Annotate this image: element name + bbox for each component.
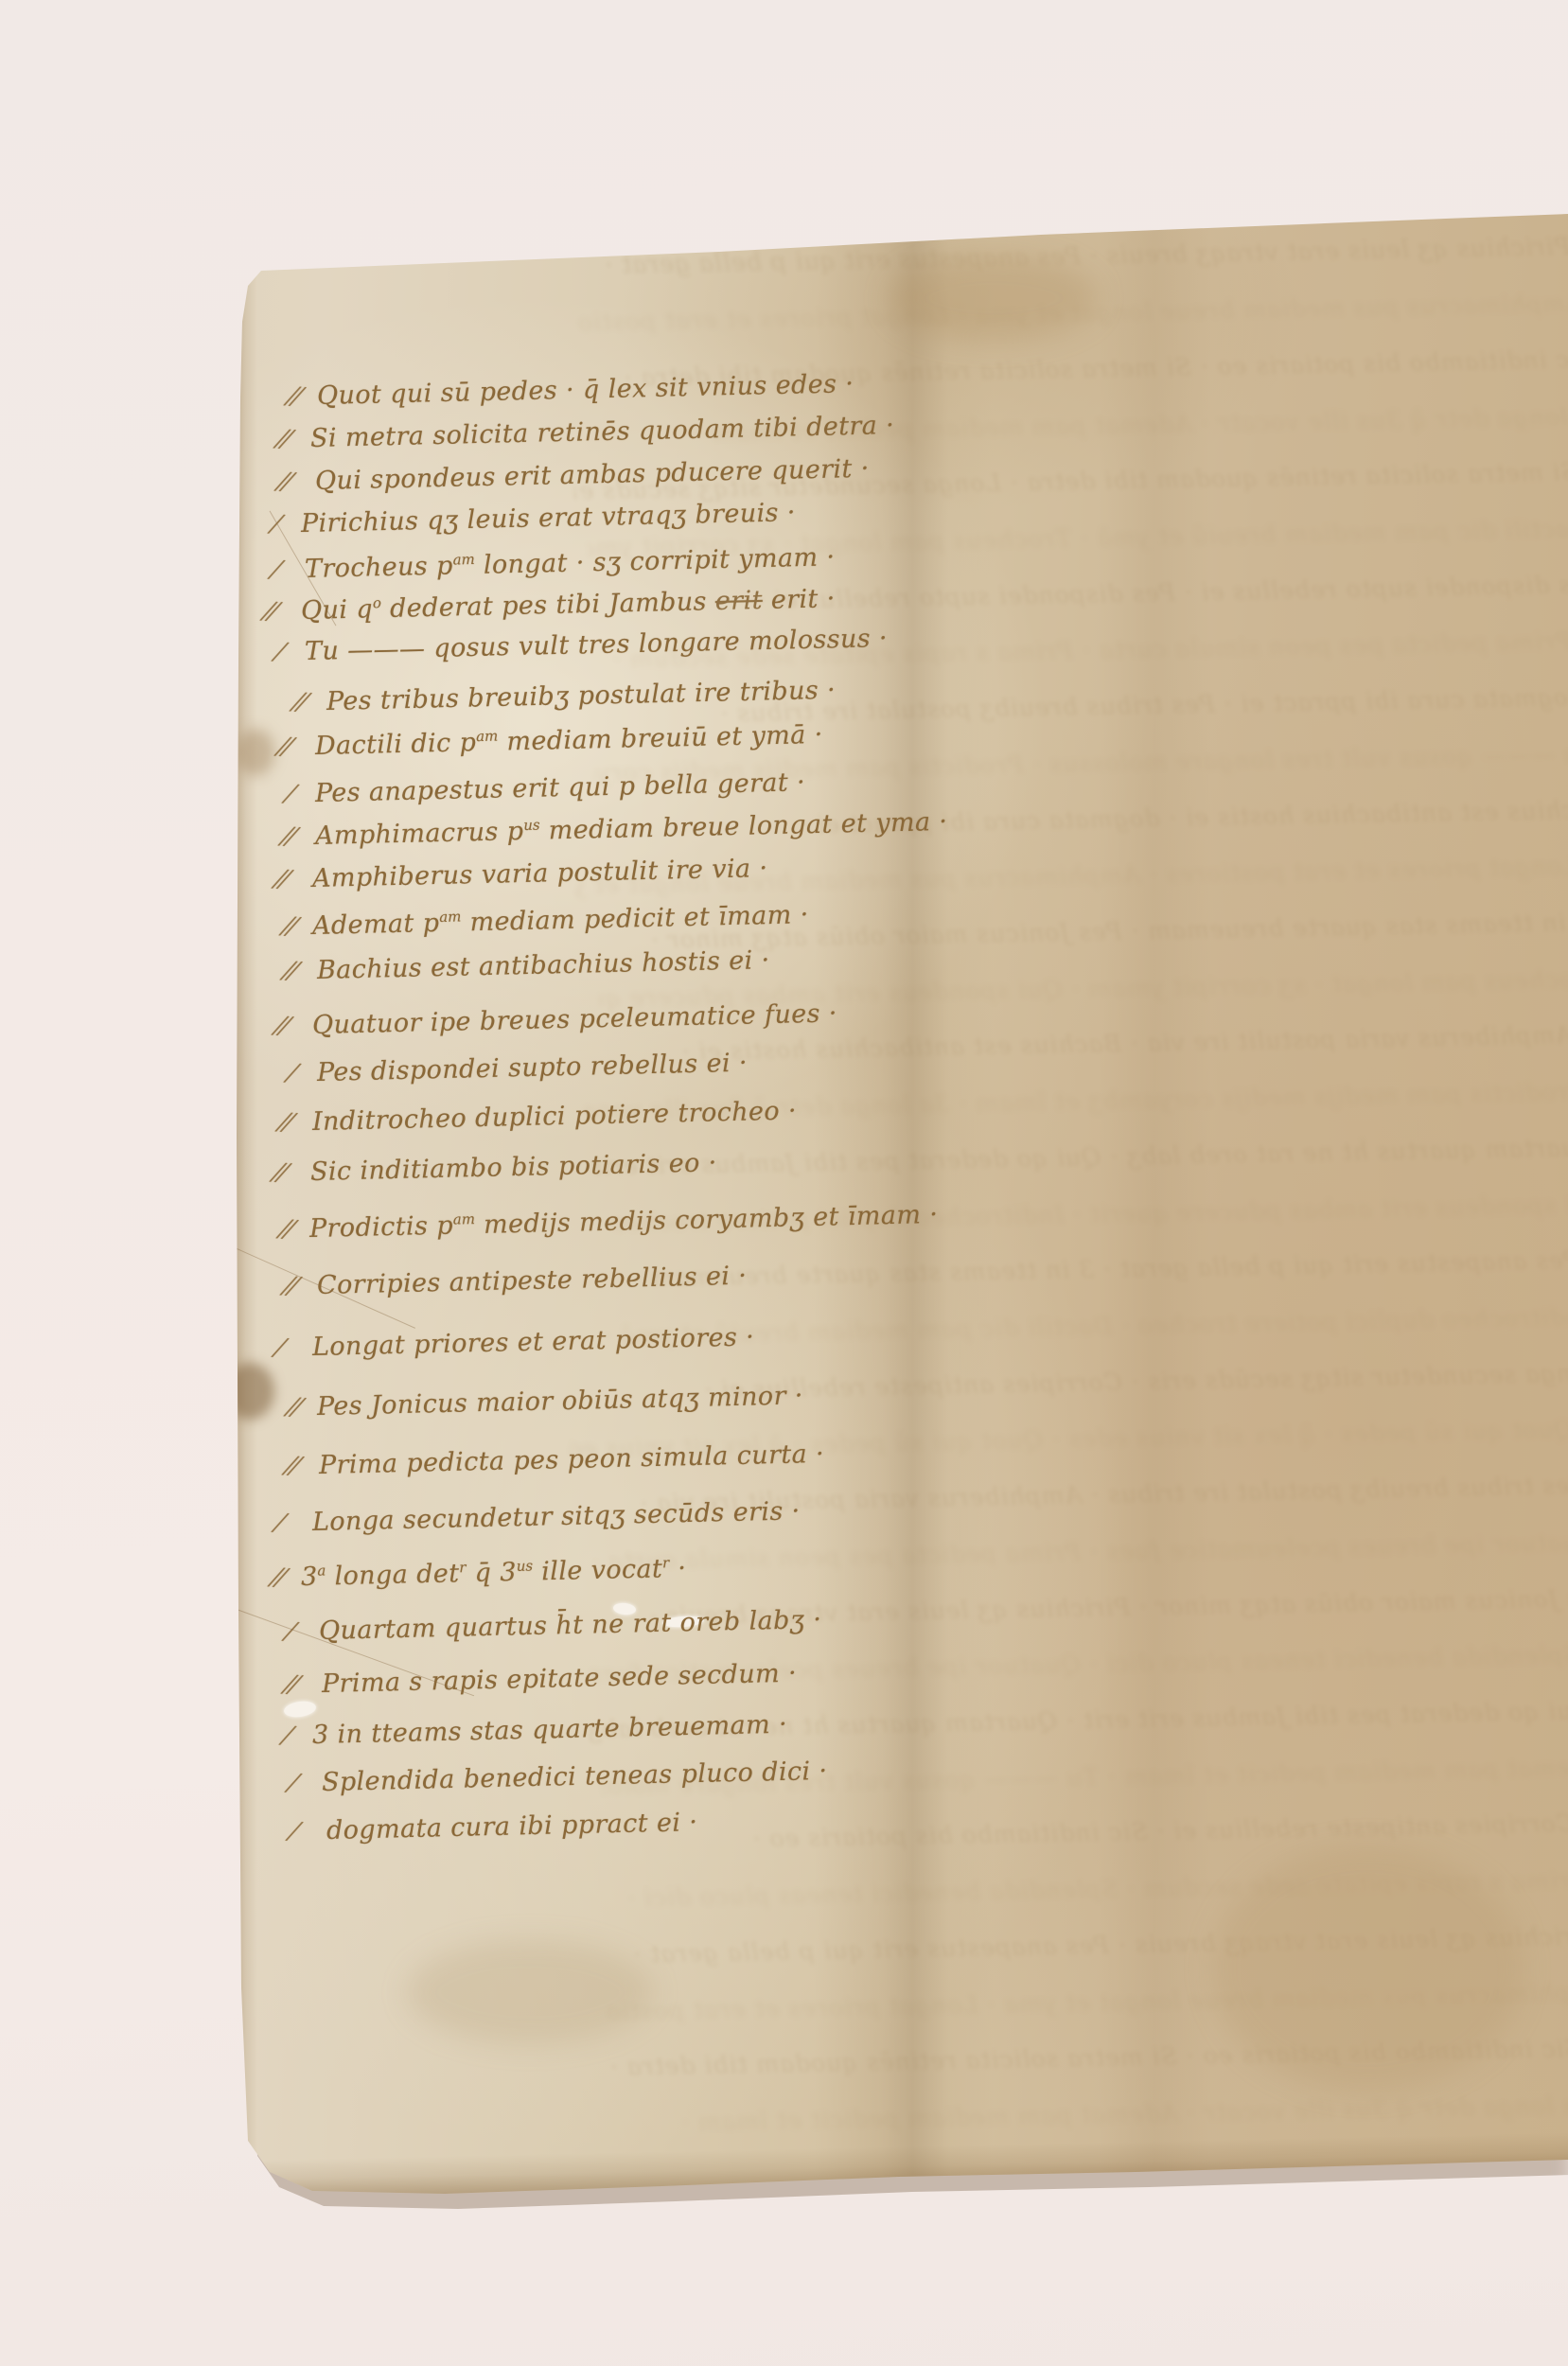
abbreviation-superscript: am (452, 551, 475, 569)
page-edge-left (229, 265, 257, 2205)
line-start-mark: // (284, 1392, 304, 1421)
line-start-mark: / (285, 1768, 300, 1796)
line-start-mark: // (282, 1451, 302, 1479)
line-start-mark: // (290, 687, 309, 715)
stain (237, 729, 274, 776)
line-start-mark: // (273, 424, 293, 452)
abbreviation-superscript: am (439, 908, 462, 926)
line-start-mark: // (268, 1563, 288, 1591)
line-start-mark: / (284, 1058, 299, 1086)
struck-word: erit (714, 586, 763, 616)
line-start-mark: // (281, 1669, 301, 1698)
line-start-mark: // (270, 1157, 290, 1186)
abbreviation-superscript: a (317, 1562, 326, 1579)
abbreviation-superscript: am (453, 1210, 476, 1228)
line-start-mark: / (272, 1333, 287, 1362)
line-start-mark: / (279, 1721, 294, 1749)
line-start-mark: // (278, 821, 298, 850)
line-start-mark: // (274, 467, 294, 495)
line-start-mark: // (272, 1011, 291, 1039)
line-start-mark: // (280, 1271, 300, 1299)
line-start-mark: // (260, 596, 280, 625)
abbreviation-superscript: am (476, 728, 499, 746)
stain (407, 1940, 653, 2044)
manuscript-line: //Bachius est antibachius hostis ei · (317, 945, 770, 985)
line-start-mark: / (268, 555, 283, 583)
abbreviation-superscript: r (662, 1554, 670, 1571)
line-start-mark: // (279, 911, 299, 940)
stain (1211, 1845, 1524, 2092)
abbreviation-superscript: us (523, 817, 540, 834)
line-start-mark: // (276, 1214, 296, 1243)
line-start-mark: / (272, 637, 287, 665)
damage-spot (283, 1700, 317, 1720)
stain (890, 256, 1098, 341)
line-start-mark: // (272, 864, 291, 892)
abbreviation-superscript: us (516, 1557, 533, 1574)
line-start-mark: / (286, 1817, 301, 1845)
line-start-mark: / (272, 1509, 287, 1537)
line-start-mark: // (284, 381, 304, 410)
page-crease-secondary (1098, 218, 1211, 2186)
bleedthrough-line: Quartam quartus h̄t ne rat oreb labʒ · Q… (594, 1134, 1568, 1200)
abbreviation-superscript: r (459, 1559, 467, 1576)
manuscript-page: Pirichius qʒ leuis erat vtraqʒ breuis · … (0, 0, 1568, 2366)
line-start-mark: // (274, 732, 294, 760)
line-start-mark: / (282, 779, 297, 807)
bleedthrough-line: Quatuor ipe breues pceleumatice fues · P… (595, 1527, 1568, 1594)
line-start-mark: // (280, 956, 300, 984)
line-start-mark: // (275, 1107, 295, 1136)
abbreviation-superscript: o (373, 594, 381, 611)
manuscript-line: //Quatuor ipe breues pceleumatice fues · (312, 998, 837, 1040)
stain (225, 1363, 274, 1420)
manuscript-line: //Dactili dic pam mediam breuiū et ymā · (315, 720, 823, 761)
photo-background: Pirichius qʒ leuis erat vtraqʒ breuis · … (0, 0, 1568, 2366)
